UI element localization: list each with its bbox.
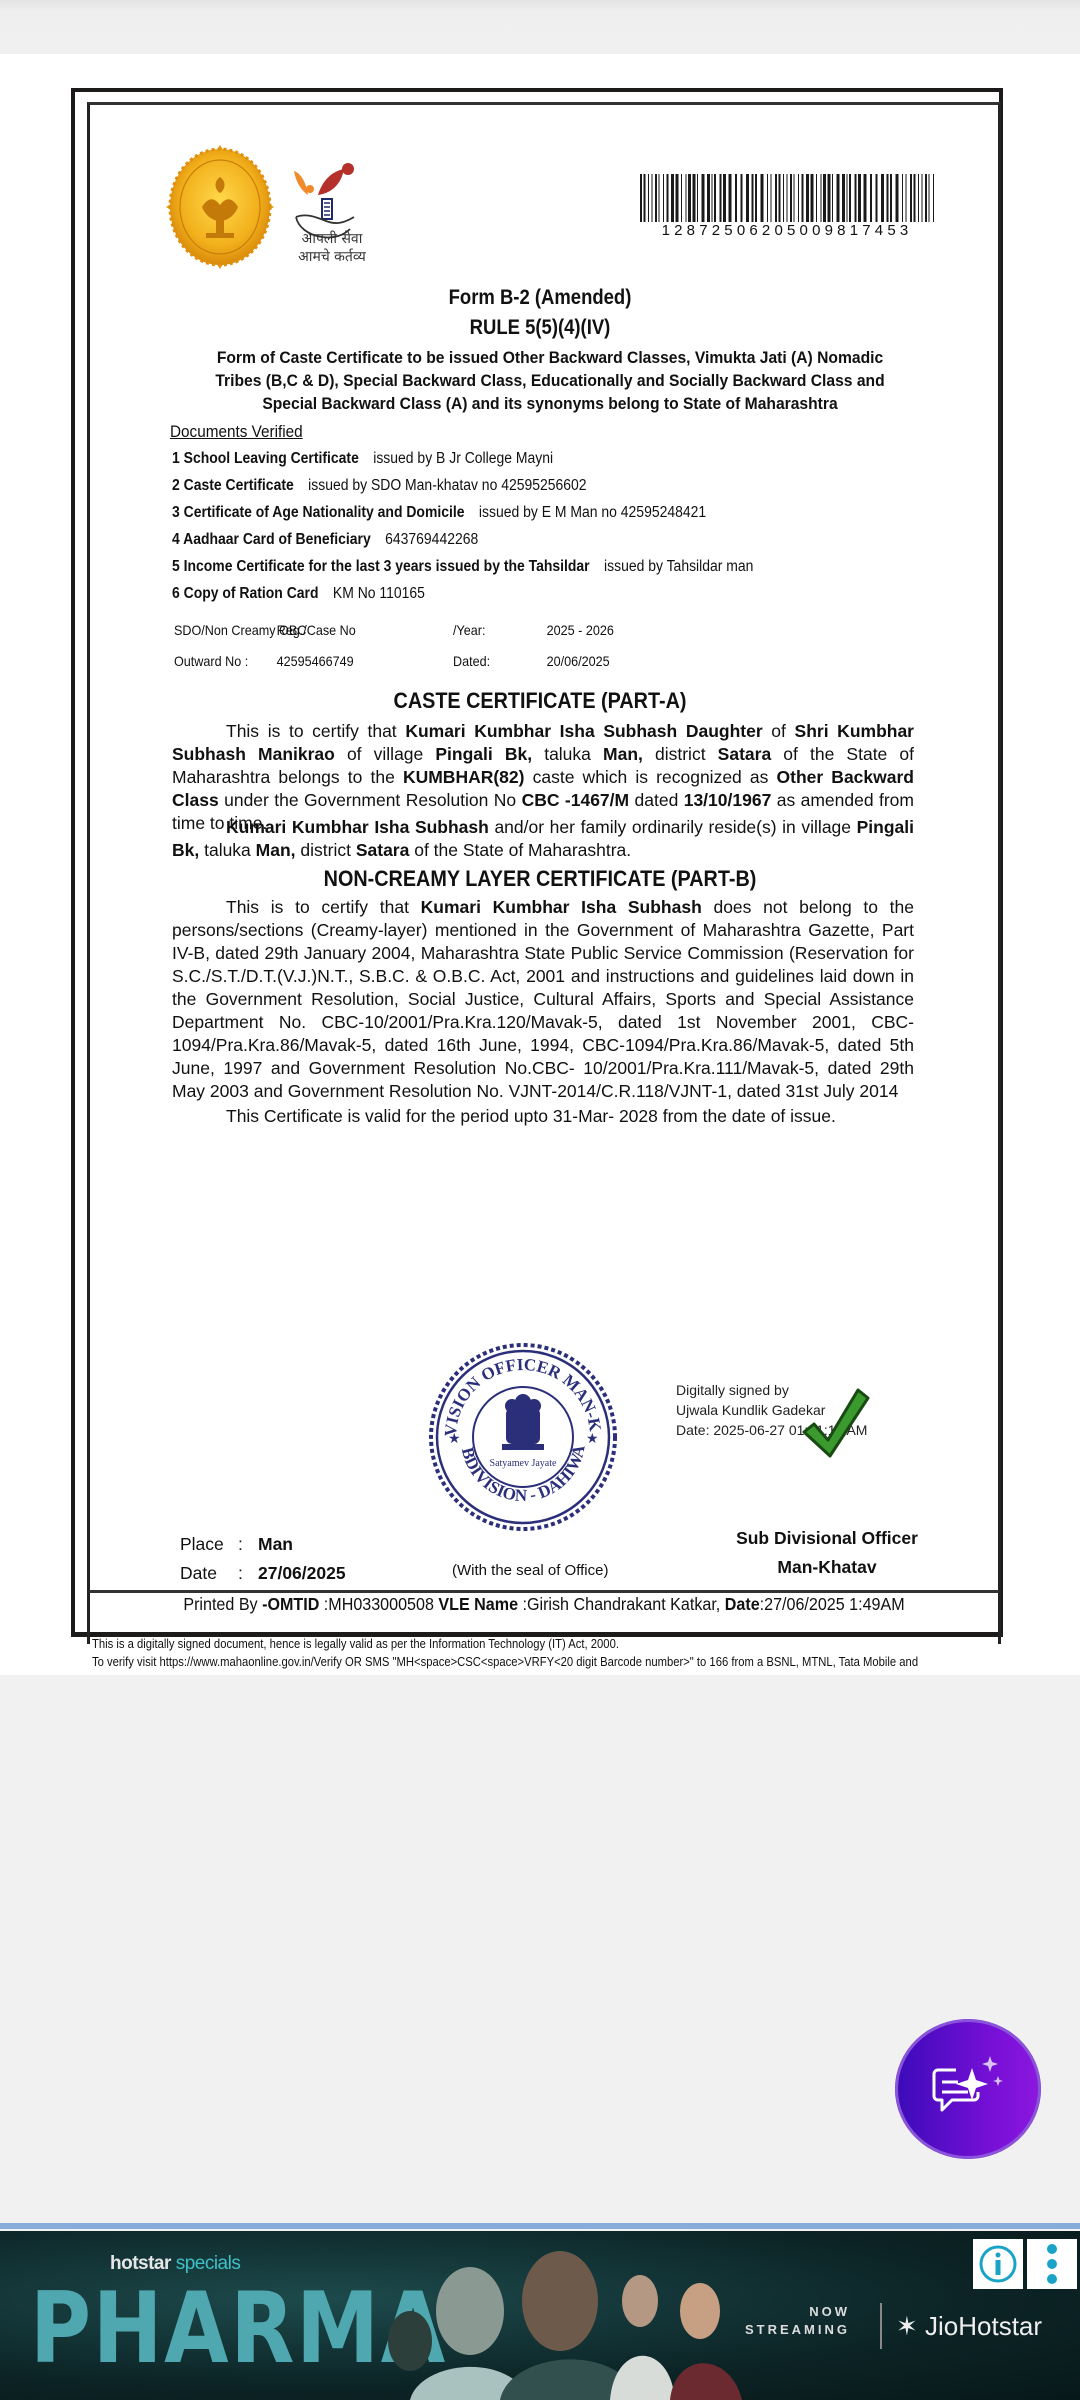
logo-tagline: आपली सेवा आमचे कर्तव्य	[292, 230, 372, 266]
legal-validity-note: This is a digitally signed document, hen…	[92, 1637, 920, 1651]
place-value: Man	[258, 1534, 293, 1554]
year-label: /Year:	[453, 622, 485, 638]
document-item: 6 Copy of Ration CardKM No 110165	[172, 585, 892, 612]
document-value: issued by E M Man no 42595248421	[479, 504, 706, 521]
documents-verified-heading: Documents Verified	[170, 422, 303, 442]
svg-text:★: ★	[448, 1430, 461, 1446]
ad-cast-image	[370, 2231, 790, 2400]
certificate-meta: SDO/Non Creamy OBC Reg./Case No /Year: 2…	[174, 622, 750, 684]
documents-verified-list: 1 School Leaving Certificateissued by B …	[172, 450, 972, 612]
ad-separator	[880, 2303, 882, 2349]
document-item: 5 Income Certificate for the last 3 year…	[172, 558, 892, 585]
part-b-paragraph: This is to certify that Kumari Kumbhar I…	[172, 896, 914, 1103]
document-label: 4 Aadhaar Card of Beneficiary	[172, 531, 371, 548]
svg-text:★: ★	[586, 1430, 599, 1446]
ad-menu-button[interactable]	[1027, 2239, 1077, 2289]
ad-info-button[interactable]	[973, 2239, 1023, 2289]
barcode-number: 12872506205009817453	[640, 222, 934, 239]
document-label: 1 School Leaving Certificate	[172, 450, 359, 467]
document-item: 4 Aadhaar Card of Beneficiary64376944226…	[172, 531, 892, 558]
part-a-title: CASTE CERTIFICATE (PART-A)	[144, 688, 936, 714]
office-seal-icon: SUBDIVISION OFFICER MAN-KHATAV SUBDIVISI…	[426, 1340, 620, 1534]
date-value: 27/06/2025	[258, 1563, 346, 1583]
document-value: 643769442268	[385, 531, 478, 548]
more-vert-icon	[1042, 2242, 1062, 2286]
ai-chat-sparkle-icon	[928, 2054, 1008, 2124]
document-item: 2 Caste Certificateissued by SDO Man-kha…	[172, 477, 892, 504]
document-value: issued by SDO Man-khatav no 42595256602	[308, 477, 586, 494]
meta-row-outward: Outward No : 42595466749 Dated: 20/06/20…	[174, 653, 750, 684]
document-label: 5 Income Certificate for the last 3 year…	[172, 558, 590, 575]
document-label: 3 Certificate of Age Nationality and Dom…	[172, 504, 465, 521]
meta-row-reg: SDO/Non Creamy OBC Reg./Case No /Year: 2…	[174, 622, 750, 653]
document-label: 6 Copy of Ration Card	[172, 585, 318, 602]
form-description: Form of Caste Certificate to be issued O…	[200, 346, 899, 415]
logo-tagline-line-2: आमचे कर्तव्य	[292, 248, 372, 266]
document-value: issued by Tahsildar man	[604, 558, 753, 575]
svg-text:Satyamev Jayate: Satyamev Jayate	[490, 1458, 557, 1469]
signatory-office: Man-Khatav	[712, 1557, 942, 1578]
document-item: 3 Certificate of Age Nationality and Dom…	[172, 504, 892, 531]
divider	[89, 1590, 999, 1593]
outward-value: 42595466749	[277, 653, 354, 669]
maharashtra-emblem-icon	[166, 144, 274, 270]
dated-label: Dated:	[453, 653, 490, 669]
part-a-paragraph-2: Kumari Kumbhar Isha Subhash and/or her f…	[172, 816, 914, 862]
place-label: Place	[180, 1530, 238, 1559]
ad-now-streaming: NOWSTREAMING	[745, 2303, 850, 2339]
reg-label: Reg./Case No	[277, 622, 356, 638]
signature-valid-check-icon	[800, 1384, 870, 1464]
info-icon	[978, 2244, 1018, 2284]
top-toolbar	[0, 0, 1080, 54]
ad-banner[interactable]: hotstar specials PHARMA NOWSTREAMING ✶ J…	[0, 2231, 1080, 2400]
date-label: Date	[180, 1559, 238, 1588]
outward-label: Outward No :	[174, 653, 248, 669]
validity-statement: This Certificate is valid for the period…	[226, 1106, 836, 1127]
ad-divider	[0, 2223, 1080, 2229]
rule-title: RULE 5(5)(4)(IV)	[153, 316, 927, 340]
ai-assistant-button[interactable]	[895, 2019, 1041, 2159]
place-date-block: Place:Man Date:27/06/2025	[180, 1530, 346, 1588]
document-value: KM No 110165	[333, 585, 425, 602]
signatory-title: Sub Divisional Officer	[712, 1528, 942, 1549]
document-item: 1 School Leaving Certificateissued by B …	[172, 450, 892, 477]
verification-note: To verify visit https://www.mahaonline.g…	[92, 1655, 920, 1669]
seal-caption: (With the seal of Office)	[452, 1562, 608, 1579]
form-title: Form B-2 (Amended)	[153, 286, 927, 310]
document-label: 2 Caste Certificate	[172, 477, 294, 494]
ad-platform-logo: ✶ JioHotstar	[896, 2311, 1042, 2342]
printed-by-line: Printed By -OMTID :MH033000508 VLE Name …	[125, 1594, 962, 1615]
year-value: 2025 - 2026	[547, 622, 614, 638]
part-b-title: NON-CREAMY LAYER CERTIFICATE (PART-B)	[144, 866, 936, 892]
dated-value: 20/06/2025	[547, 653, 610, 669]
barcode	[640, 174, 934, 222]
logo-tagline-line-1: आपली सेवा	[292, 230, 372, 248]
document-page: आपली सेवा आमचे कर्तव्य 12872506205009817…	[0, 54, 1080, 1675]
document-value: issued by B Jr College Mayni	[373, 450, 553, 467]
